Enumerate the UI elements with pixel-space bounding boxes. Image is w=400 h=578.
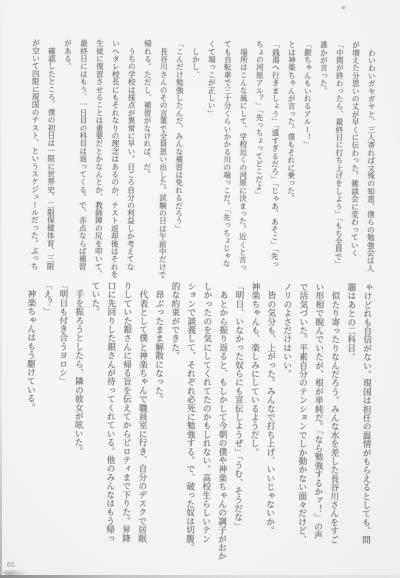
scan-smudge bbox=[2, 569, 28, 576]
scanned-book-page: わいわいガヤガヤと、三人寄れば文殊の知恵、僕らの勉強会は人 が増えた分思いの丈が… bbox=[0, 0, 400, 578]
scan-speck bbox=[342, 6, 345, 9]
page-number: 65 bbox=[7, 562, 15, 569]
upper-text-block: わいわいガヤガヤと、三人寄れば文殊の知恵、僕らの勉強会は人 が増えた分思いの丈が… bbox=[26, 39, 379, 283]
scan-edge-left bbox=[0, 0, 2, 578]
page-text-area: わいわいガヤガヤと、三人寄れば文殊の知恵、僕らの勉強会は人 が増えた分思いの丈が… bbox=[0, 0, 400, 578]
lower-text-block: ゃけどれも自信がない。現国は担任の温情がもらえるとしても、問 題はあとの二科目。… bbox=[22, 281, 376, 564]
